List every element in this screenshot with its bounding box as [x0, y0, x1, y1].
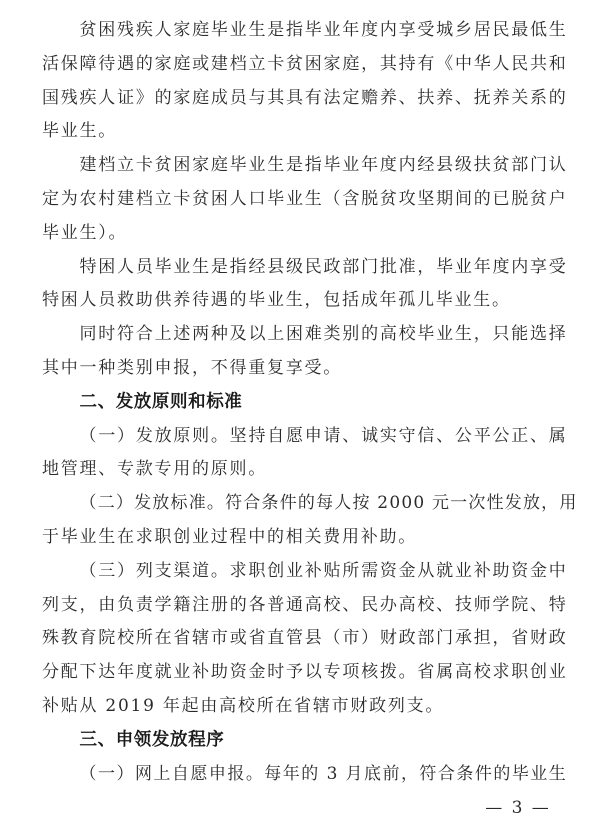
paragraph-poor-disabled-family-line-2: 活保障待遇的家庭或建档立卡贫困家庭，其持有《中华人民共和	[42, 48, 567, 82]
paragraph-multiple-categories-line-2: 其中一种类别申报，不得重复享受。	[42, 352, 567, 386]
paragraph-poor-disabled-family-line-4: 毕业生。	[42, 115, 567, 149]
paragraph-funding-channel-line-5: 补贴从 2019 年起由高校所在省辖市财政列支。	[42, 690, 567, 724]
paragraph-issuing-principle-line-1: （一）发放原则。坚持自愿申请、诚实守信、公平公正、属	[42, 420, 567, 454]
paragraph-issuing-standard-line-1: （二）发放标准。符合条件的每人按 2000 元一次性发放，用	[42, 487, 567, 521]
paragraph-funding-channel-line-1: （三）列支渠道。求职创业补贴所需资金从就业补助资金中	[42, 555, 567, 589]
section-heading-application-procedure: 三、申领发放程序	[42, 724, 567, 758]
paragraph-poor-disabled-family-line-3: 国残疾人证》的家庭成员与其具有法定赡养、扶养、抚养关系的	[42, 82, 567, 116]
paragraph-funding-channel-line-2: 列支，由负责学籍注册的各普通高校、民办高校、技师学院、特	[42, 589, 567, 623]
paragraph-registered-poor-family-line-1: 建档立卡贫困家庭毕业生是指毕业年度内经县级扶贫部门认	[42, 149, 567, 183]
paragraph-multiple-categories-line-1: 同时符合上述两种及以上困难类别的高校毕业生，只能选择	[42, 318, 567, 352]
paragraph-poor-disabled-family-line-1: 贫困残疾人家庭毕业生是指毕业年度内享受城乡居民最低生	[42, 14, 567, 48]
document-page: 贫困残疾人家庭毕业生是指毕业年度内享受城乡居民最低生 活保障待遇的家庭或建档立卡…	[0, 0, 610, 825]
paragraph-registered-poor-family-line-2: 定为农村建档立卡贫困人口毕业生（含脱贫攻坚期间的已脱贫户	[42, 183, 567, 217]
paragraph-special-hardship-line-2: 特困人员救助供养待遇的毕业生，包括成年孤儿毕业生。	[42, 284, 567, 318]
section-heading-principles-and-standards: 二、发放原则和标准	[42, 386, 567, 420]
paragraph-funding-channel-line-3: 殊教育院校所在省辖市或省直管县（市）财政部门承担，省财政	[42, 622, 567, 656]
paragraph-issuing-principle-line-2: 地管理、专款专用的原则。	[42, 453, 567, 487]
document-body: 贫困残疾人家庭毕业生是指毕业年度内享受城乡居民最低生 活保障待遇的家庭或建档立卡…	[42, 14, 567, 791]
paragraph-funding-channel-line-4: 分配下达年度就业补助资金时予以专项核拨。省属高校求职创业	[42, 656, 567, 690]
paragraph-registered-poor-family-line-3: 毕业生）。	[42, 217, 567, 251]
page-number: — 3 —	[482, 796, 554, 820]
paragraph-issuing-standard-line-2: 于毕业生在求职创业过程中的相关费用补助。	[42, 521, 567, 555]
paragraph-special-hardship-line-1: 特困人员毕业生是指经县级民政部门批准，毕业年度内享受	[42, 251, 567, 285]
paragraph-online-application-line-1: （一）网上自愿申报。每年的 3 月底前，符合条件的毕业生	[42, 758, 567, 792]
